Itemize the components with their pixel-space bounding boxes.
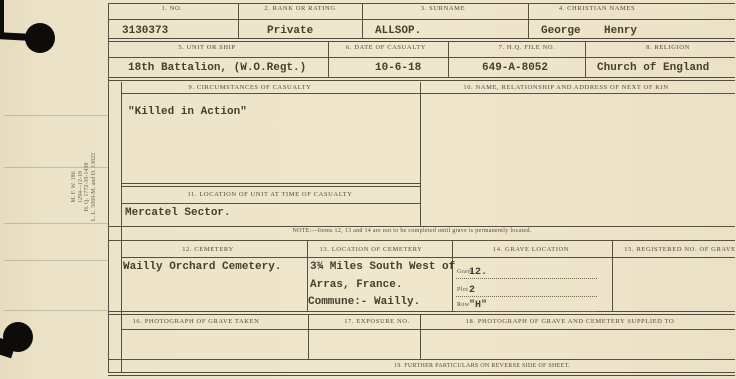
table-rule-vertical (452, 241, 453, 312)
table-rule-horizontal (121, 93, 735, 94)
field-label-hq-file-no: 7. H.Q. FILE NO. (499, 44, 556, 51)
table-rule-vertical (528, 3, 529, 39)
printers-stamp: M. F. W. 186 1294—12-18 H. Q. 1772-39-14… (71, 147, 97, 227)
stamp-line: L. L. 5069-M. and D. 13822 (91, 147, 98, 227)
field-label-exposure-no: 17. EXPOSURE NO. (344, 318, 410, 325)
table-rule-double (121, 183, 420, 187)
value-cemetery-loc-1: 3¾ Miles South West of (310, 261, 455, 273)
table-rule-vertical (612, 241, 613, 312)
table-rule-horizontal (108, 19, 735, 20)
grave-sublabel: Row (457, 302, 470, 308)
grave-field-row: Grave 12. (456, 264, 597, 279)
value-christian-middle: Henry (604, 25, 637, 37)
grave-subvalue: 12. (469, 267, 487, 278)
table-rule-vertical (420, 82, 421, 227)
note-line: NOTE:—Items 12, 13 and 14 are not to be … (292, 228, 531, 234)
table-rule-vertical (108, 3, 109, 373)
value-unit: 18th Battalion, (W.O.Regt.) (128, 62, 306, 74)
footer-line: 19. FURTHER PARTICULARS ON REVERSE SIDE … (394, 363, 570, 369)
value-religion: Church of England (597, 62, 709, 74)
table-rule-vertical (121, 82, 122, 373)
table-rule-vertical (362, 3, 363, 39)
table-rule-double (108, 311, 735, 315)
value-cemetery-loc-3: Commune:- Wailly. (308, 296, 420, 308)
table-rule-vertical (585, 41, 586, 78)
grave-subvalue: "H" (469, 300, 487, 311)
field-label-no: 1. NO. (161, 5, 182, 12)
grave-field-row: Row "H" (456, 297, 597, 312)
table-rule-double (108, 77, 735, 81)
table-rule-vertical (448, 41, 449, 78)
value-christian-first: George (541, 25, 581, 37)
field-label-photo-supplied: 18. PHOTOGRAPH OF GRAVE AND CEMETERY SUP… (466, 318, 675, 325)
value-service-number: 3130373 (122, 25, 168, 37)
table-rule-horizontal (108, 3, 735, 4)
field-label-date-of-casualty: 6. DATE OF CASUALTY (346, 44, 426, 51)
field-label-grave-location: 14. GRAVE LOCATION (493, 246, 569, 253)
hole-punch-top-icon (25, 23, 55, 53)
field-label-surname: 3. SURNAME (421, 5, 465, 12)
grave-field-row: Plot 2 (456, 282, 597, 297)
table-rule-horizontal (108, 57, 735, 58)
field-label-registered-no: 15. REGISTERED NO. OF GRAVE (624, 246, 735, 253)
field-label-circumstances: 9. CIRCUMSTANCES OF CASUALTY (189, 84, 312, 91)
table-rule-horizontal (108, 359, 735, 360)
margin-rule (4, 260, 108, 261)
value-location-of-unit: Mercatel Sector. (125, 207, 231, 219)
table-rule-vertical (238, 3, 239, 39)
margin-rule (4, 115, 108, 116)
scanned-casualty-form: M. F. W. 186 1294—12-18 H. Q. 1772-39-14… (0, 0, 736, 379)
field-label-religion: 8. RELIGION (646, 44, 690, 51)
table-rule-horizontal (121, 203, 420, 204)
field-label-photo-taken: 16. PHOTOGRAPH OF GRAVE TAKEN (133, 318, 260, 325)
field-label-rank: 2. RANK OR RATING (264, 5, 335, 12)
table-rule-double (108, 38, 735, 42)
grave-sublabel: Plot (457, 287, 468, 293)
value-rank: Private (267, 25, 313, 37)
field-label-unit: 5. UNIT OR SHIP (178, 44, 235, 51)
table-rule-horizontal (108, 240, 735, 241)
value-hq-file-no: 649-A-8052 (482, 62, 548, 74)
field-label-location-of-cemetery: 13. LOCATION OF CEMETERY (320, 246, 423, 253)
value-cemetery: Wailly Orchard Cemetery. (123, 261, 281, 273)
value-cemetery-loc-2: Arras, France. (310, 279, 402, 291)
table-rule-double (108, 372, 735, 376)
table-rule-vertical (328, 41, 329, 78)
field-label-christian-names: 4. CHRISTIAN NAMES (559, 5, 635, 12)
value-surname: ALLSOP. (375, 25, 421, 37)
grave-subvalue: 2 (469, 285, 475, 296)
scan-edge-strip (0, 0, 4, 36)
field-label-cemetery: 12. CEMETERY (182, 246, 234, 253)
table-rule-horizontal (121, 257, 735, 258)
margin-rule (4, 310, 108, 311)
table-rule-vertical (420, 315, 421, 360)
value-circumstances: "Killed in Action" (128, 106, 247, 118)
table-rule-horizontal (108, 226, 735, 227)
hole-punch-top-stem (0, 32, 28, 40)
table-rule-horizontal (121, 329, 735, 330)
table-rule-vertical (308, 315, 309, 360)
value-date-of-casualty: 10-6-18 (375, 62, 421, 74)
field-label-location-of-unit: 11. LOCATION OF UNIT AT TIME OF CASUALTY (187, 191, 352, 198)
field-label-next-of-kin: 10. NAME, RELATIONSHIP AND ADDRESS OF NE… (463, 84, 668, 91)
